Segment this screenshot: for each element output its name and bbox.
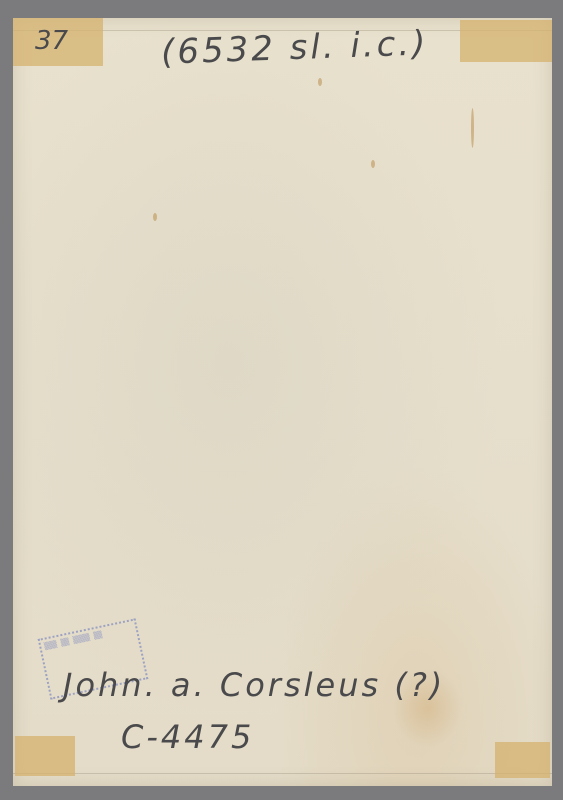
paper-sheet: 37 (6532 sl. i.c.) ▒▒▒ ▒▒ ▒▒▒▒ ▒▒ John. … xyxy=(13,18,552,786)
stain-spot xyxy=(471,108,474,148)
accession-number: C-4475 xyxy=(121,718,254,756)
tape-bottom-right xyxy=(495,742,550,778)
stain-spot xyxy=(371,160,375,168)
folio-number: 37 xyxy=(35,26,68,56)
tape-top-right xyxy=(460,20,552,62)
stain-spot xyxy=(318,78,322,86)
inventory-inscription: (6532 sl. i.c.) xyxy=(160,23,429,72)
tape-bottom-left xyxy=(15,736,75,776)
bottom-edge-line xyxy=(13,773,552,774)
artist-inscription: John. a. Corsleus (?) xyxy=(63,666,445,704)
stain-spot xyxy=(153,213,157,221)
